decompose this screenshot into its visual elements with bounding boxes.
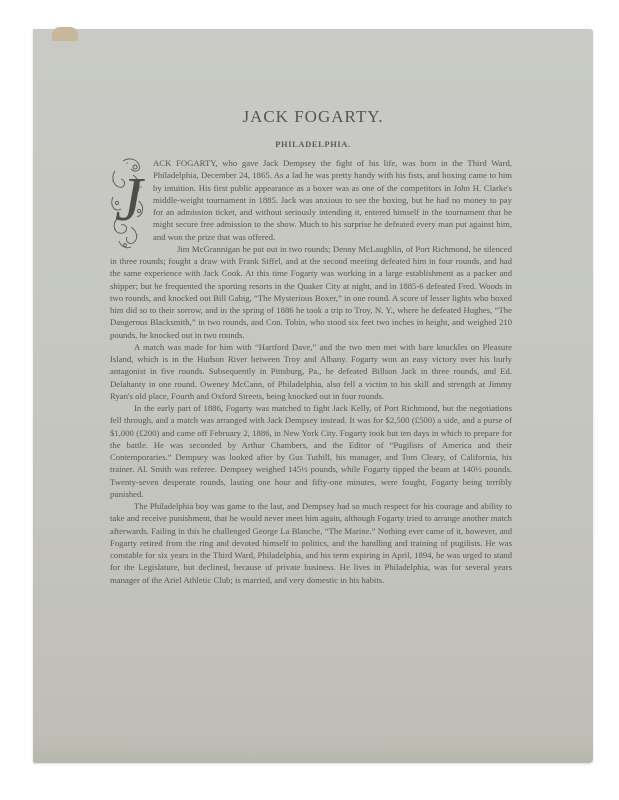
paragraph-4: In the early part of 1886, Fogarty was m… (110, 402, 512, 500)
page-subtitle: PHILADELPHIA. (33, 139, 593, 149)
paragraph-1: J ACK FOGARTY, who gave Jack Dempsey the… (110, 157, 512, 243)
article-body: J ACK FOGARTY, who gave Jack Dempsey the… (110, 157, 512, 586)
paragraph-5: The Philadelphia boy was game to the las… (110, 500, 512, 586)
paragraph-3: A match was made for him with “Hartford … (110, 341, 512, 402)
ornamental-initial-icon: J (109, 157, 147, 251)
paragraph-2: Jim McGrannigan he put out in two rounds… (110, 243, 512, 341)
drop-cap-letter: J (115, 169, 143, 231)
paragraph-1-text: ACK FOGARTY, who gave Jack Dempsey the f… (153, 158, 512, 242)
paper-sheet: JACK FOGARTY. PHILADELPHIA. (33, 29, 593, 763)
page-title: JACK FOGARTY. (33, 107, 593, 127)
